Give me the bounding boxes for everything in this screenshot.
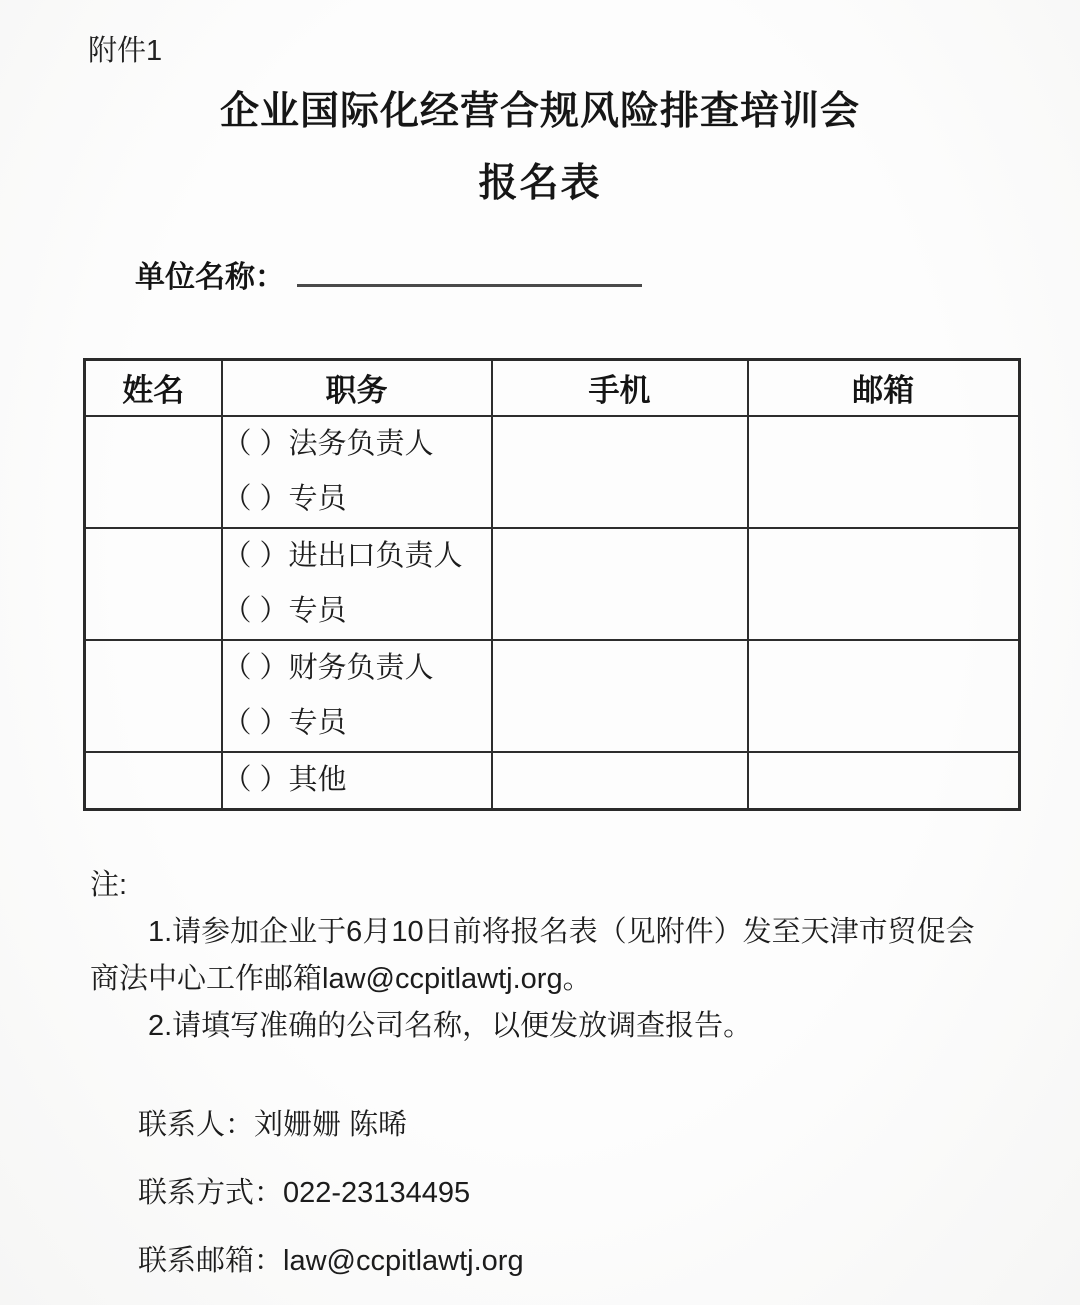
table-row: （ ）法务负责人 （ ）专员 <box>85 416 1020 528</box>
position-option-checkbox: （ ）专员 <box>223 696 491 751</box>
position-option-checkbox: （ ）财务负责人 <box>223 641 491 696</box>
position-cell: （ ）进出口负责人 （ ）专员 <box>222 528 492 640</box>
contact-email-value: law@ccpitlawtj.org <box>283 1245 524 1277</box>
col-header-name: 姓名 <box>85 360 222 416</box>
contact-person-label: 联系人： <box>138 1109 254 1141</box>
col-header-email: 邮箱 <box>748 360 1020 416</box>
contact-person-value: 刘姗姗 陈晞 <box>254 1109 407 1141</box>
notes-label: 注: <box>90 862 1002 909</box>
note-item-2: 2.请填写准确的公司名称，以便发放调查报告。 <box>90 1003 1002 1050</box>
position-cell: （ ）其他 <box>222 752 492 810</box>
company-name-blank-line <box>297 253 642 287</box>
document-subtitle: 报名表 <box>0 152 1080 208</box>
form-document-page: 附件1 企业国际化经营合规风险排查培训会 报名表 单位名称： 姓名 职务 手机 … <box>0 0 1080 1305</box>
email-cell <box>748 752 1020 810</box>
position-option-checkbox: （ ）专员 <box>223 584 491 639</box>
contact-email-line: 联系邮箱：law@ccpitlawtj.org <box>138 1238 524 1279</box>
contact-phone-line: 联系方式：022-23134495 <box>138 1170 524 1211</box>
position-option-checkbox: （ ）专员 <box>223 472 491 527</box>
contact-person-line: 联系人：刘姗姗 陈晞 <box>138 1102 524 1143</box>
contact-email-label: 联系邮箱： <box>138 1245 283 1277</box>
table-row: （ ）其他 <box>85 752 1020 810</box>
col-header-mobile: 手机 <box>492 360 748 416</box>
company-name-field: 单位名称： <box>135 252 642 296</box>
position-cell: （ ）财务负责人 （ ）专员 <box>222 640 492 752</box>
mobile-cell <box>492 752 748 810</box>
mobile-cell <box>492 528 748 640</box>
name-cell <box>85 752 222 810</box>
title-block: 企业国际化经营合规风险排查培训会 报名表 <box>0 80 1080 208</box>
contact-phone-value: 022-23134495 <box>283 1177 470 1209</box>
position-option-checkbox: （ ）其他 <box>223 753 491 808</box>
contacts-section: 联系人：刘姗姗 陈晞 联系方式：022-23134495 联系邮箱：law@cc… <box>138 1102 524 1305</box>
name-cell <box>85 640 222 752</box>
attachment-label: 附件1 <box>88 28 162 69</box>
company-name-label: 单位名称： <box>135 261 285 294</box>
registration-table: 姓名 职务 手机 邮箱 （ ）法务负责人 （ ）专员 （ ）进出口负责人 <box>83 358 1021 811</box>
contact-phone-label: 联系方式： <box>138 1177 283 1209</box>
position-option-checkbox: （ ）法务负责人 <box>223 417 491 472</box>
col-header-position: 职务 <box>222 360 492 416</box>
name-cell <box>85 416 222 528</box>
document-title: 企业国际化经营合规风险排查培训会 <box>0 80 1080 136</box>
email-cell <box>748 416 1020 528</box>
email-cell <box>748 528 1020 640</box>
notes-section: 注: 1.请参加企业于6月10日前将报名表（见附件）发至天津市贸促会商法中心工作… <box>90 862 1002 1050</box>
table-row: （ ）进出口负责人 （ ）专员 <box>85 528 1020 640</box>
position-option-checkbox: （ ）进出口负责人 <box>223 529 491 584</box>
table-header-row: 姓名 职务 手机 邮箱 <box>85 360 1020 416</box>
mobile-cell <box>492 416 748 528</box>
mobile-cell <box>492 640 748 752</box>
email-cell <box>748 640 1020 752</box>
table-row: （ ）财务负责人 （ ）专员 <box>85 640 1020 752</box>
note-item-1: 1.请参加企业于6月10日前将报名表（见附件）发至天津市贸促会商法中心工作邮箱l… <box>90 909 1002 1003</box>
name-cell <box>85 528 222 640</box>
position-cell: （ ）法务负责人 （ ）专员 <box>222 416 492 528</box>
